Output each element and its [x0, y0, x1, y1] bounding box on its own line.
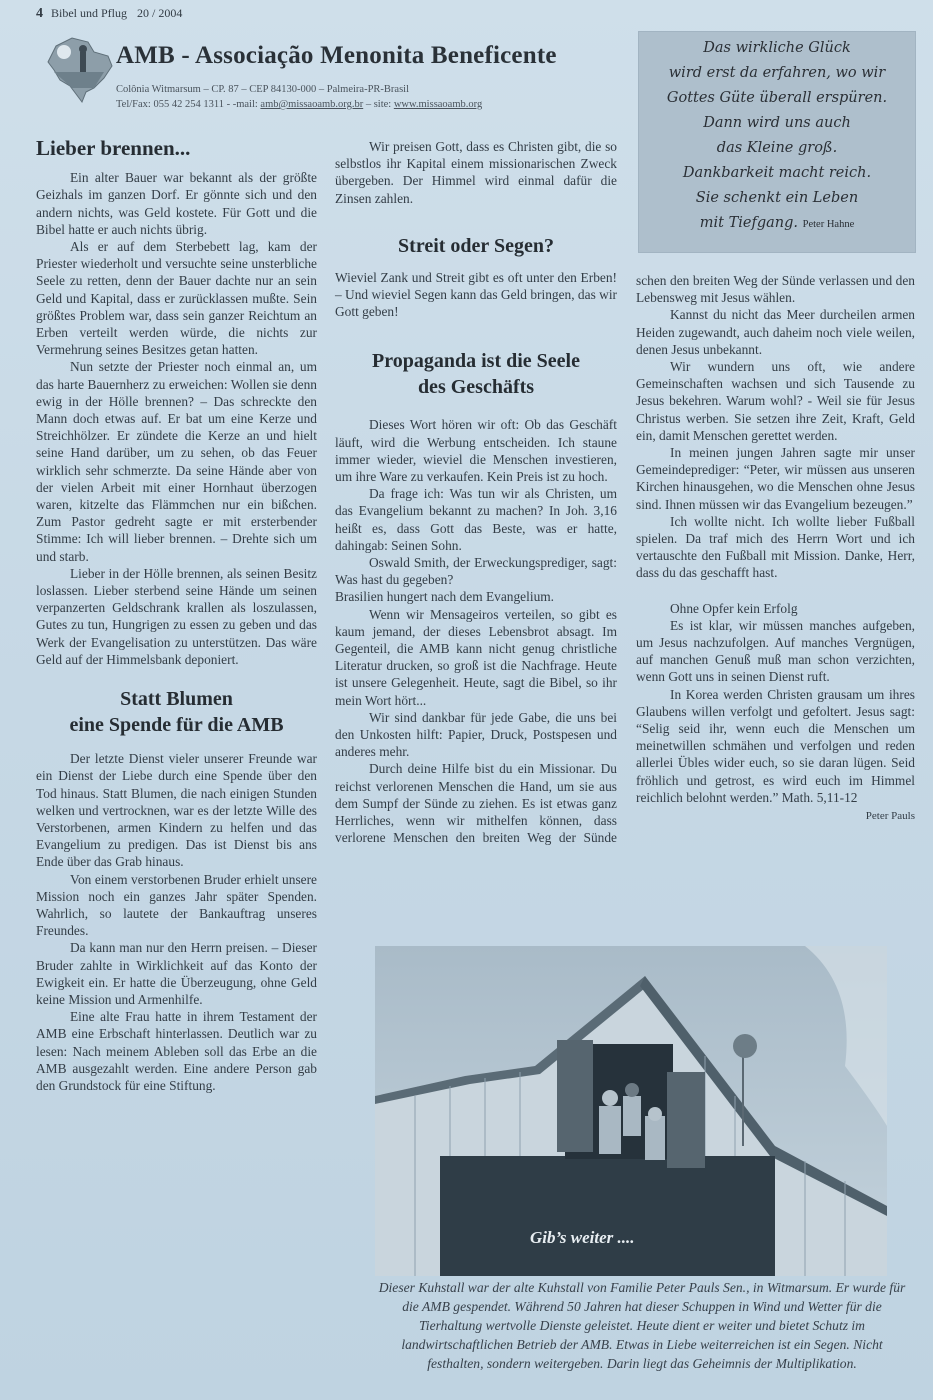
quote-line: mit Tiefgang. Peter Hahne	[638, 211, 916, 237]
quote-line: Dann wird uns auch	[638, 111, 916, 136]
article-title-streit-oder-segen: Streit oder Segen?	[335, 233, 617, 259]
paragraph: Lieber in der Hölle brennen, als seinen …	[36, 565, 317, 668]
org-site-prefix: – site:	[363, 99, 394, 110]
title-line: Statt Blumen	[36, 686, 317, 712]
paragraph: Der letzte Dienst vieler unserer Freunde…	[36, 750, 317, 870]
quote-line: das Kleine groß.	[638, 136, 916, 161]
quote-box: Das wirkliche Glück wird erst da erfahre…	[638, 31, 916, 253]
barn-photo: Gib’s weiter ....	[375, 946, 887, 1276]
paragraph-continued: schen den breiten Weg der Sünde verlasse…	[636, 272, 915, 306]
quote-line: wird erst da erfahren, wo wir	[638, 61, 916, 86]
paragraph: Kannst du nicht das Meer durcheilen arme…	[636, 306, 915, 358]
paragraph: Oswald Smith, der Erweckungsprediger, sa…	[335, 554, 617, 588]
paragraph: Da kann man nur den Herrn preisen. – Die…	[36, 939, 317, 1008]
column-1: Lieber brennen... Ein alter Bauer war be…	[36, 140, 317, 1094]
paragraph: Ich wollte nicht. Ich wollte lieber Fußb…	[636, 513, 915, 582]
column-2: Wir preisen Gott, dass es Christen gibt,…	[335, 138, 617, 845]
quote-text: Das wirkliche Glück wird erst da erfahre…	[638, 31, 916, 237]
subheading-ohne-opfer: Ohne Opfer kein Erfolg	[636, 600, 915, 617]
paragraph: Brasilien hungert nach dem Evangelium.	[335, 588, 617, 605]
org-contact: Tel/Fax: 055 42 254 1311 - -mail: amb@mi…	[116, 99, 482, 110]
running-head: 4Bibel und Pflug20 / 2004	[36, 6, 182, 22]
paragraph: Wenn wir Mensageiros verteilen, so gibt …	[335, 606, 617, 709]
paragraph: Durch deine Hilfe bist du ein Missionar.…	[335, 760, 617, 845]
paragraph: Dieses Wort hören wir oft: Ob das Geschä…	[335, 416, 617, 485]
paragraph: In Korea werden Christen grausam um ihre…	[636, 686, 915, 806]
photo-caption: Dieser Kuhstall war der alte Kuhstall vo…	[372, 1278, 912, 1373]
org-email-link[interactable]: amb@missaoamb.org.br	[260, 99, 363, 110]
quote-line: Das wirkliche Glück	[638, 36, 916, 61]
article-signature: Peter Pauls	[636, 808, 915, 825]
org-address: Colônia Witmarsum – CP. 87 – CEP 84130-0…	[116, 84, 409, 95]
org-phone: Tel/Fax: 055 42 254 1311 - -mail:	[116, 99, 260, 110]
quote-line-text: mit Tiefgang.	[700, 215, 798, 231]
brazil-map-farmer-logo-icon	[42, 32, 118, 108]
paragraph: Eine alte Frau hatte in ihrem Testament …	[36, 1008, 317, 1094]
org-title: AMB - Associação Menonita Beneficente	[116, 42, 557, 70]
barn-illustration-icon: Gib’s weiter ....	[375, 946, 887, 1276]
title-line: des Geschäfts	[335, 374, 617, 400]
paragraph: Wir wundern uns oft, wie andere Gemeinsc…	[636, 358, 915, 444]
article-title-propaganda: Propaganda ist die Seele des Geschäfts	[335, 348, 617, 400]
paragraph: Nun setzte der Priester noch einmal an, …	[36, 358, 317, 564]
paragraph: Es ist klar, wir müssen manches aufgeben…	[636, 617, 915, 686]
paragraph: Von einem verstorbenen Bruder erhielt un…	[36, 871, 317, 940]
title-line: eine Spende für die AMB	[36, 712, 317, 738]
page-number: 4	[36, 6, 43, 21]
quote-line: Gottes Güte überall erspüren.	[638, 86, 916, 111]
article-title-lieber-brennen: Lieber brennen...	[36, 140, 317, 157]
paragraph: Da frage ich: Was tun wir als Christen, …	[335, 485, 617, 554]
title-line: Propaganda ist die Seele	[335, 348, 617, 374]
org-site-link[interactable]: www.missaoamb.org	[394, 99, 482, 110]
publication-name: Bibel und Pflug	[51, 6, 127, 20]
paragraph: Wir preisen Gott, dass es Christen gibt,…	[335, 138, 617, 207]
magazine-page: 4Bibel und Pflug20 / 2004 AMB - Associaç…	[0, 0, 933, 1400]
issue-number: 20 / 2004	[137, 6, 182, 20]
quote-line: Dankbarkeit macht reich.	[638, 161, 916, 186]
paragraph: Wieviel Zank und Streit gibt es oft unte…	[335, 269, 617, 321]
column-3: schen den breiten Weg der Sünde verlasse…	[636, 272, 915, 825]
article-title-statt-blumen: Statt Blumen eine Spende für die AMB	[36, 686, 317, 738]
quote-author: Peter Hahne	[803, 219, 855, 230]
paragraph: Als er auf dem Sterbebett lag, kam der P…	[36, 238, 317, 358]
paragraph: In meinen jungen Jahren sagte mir unser …	[636, 444, 915, 513]
quote-line: Sie schenkt ein Leben	[638, 186, 916, 211]
paragraph: Wir sind dankbar für jede Gabe, die uns …	[335, 709, 617, 761]
paragraph: Ein alter Bauer war bekannt als der größ…	[36, 169, 317, 238]
photo-overlay-text: Gib’s weiter ....	[530, 1228, 635, 1247]
